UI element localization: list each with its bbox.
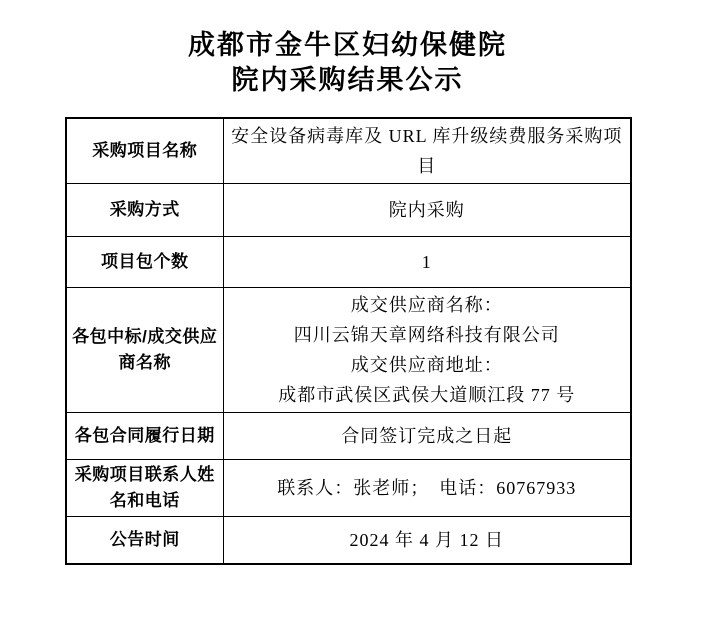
row-value-contact: 联系人：张老师； 电话：60767933 (223, 460, 631, 517)
row-label-contact: 采购项目联系人姓 名和电话 (66, 460, 223, 517)
table-row-contact: 采购项目联系人姓 名和电话 联系人：张老师； 电话：60767933 (66, 460, 631, 517)
table-row-package-count: 项目包个数 1 (66, 237, 631, 288)
table-row-procurement-method: 采购方式 院内采购 (66, 184, 631, 237)
row-value-procurement-method: 院内采购 (223, 184, 631, 237)
row-label-package-count: 项目包个数 (66, 237, 223, 288)
row-value-package-count: 1 (223, 237, 631, 288)
row-label-winning-supplier: 各包中标/成交供应 商名称 (66, 288, 223, 413)
page-title: 成都市金牛区妇幼保健院 院内采购结果公示 (65, 28, 630, 98)
row-label-announcement-date: 公告时间 (66, 517, 223, 564)
table-row-contract-date: 各包合同履行日期 合同签订完成之日起 (66, 413, 631, 460)
row-label-contract-date: 各包合同履行日期 (66, 413, 223, 460)
row-value-project-name: 安全设备病毒库及 URL 库升级续费服务采购项 目 (223, 118, 631, 184)
row-value-contract-date: 合同签订完成之日起 (223, 413, 631, 460)
announcement-page: 成都市金牛区妇幼保健院 院内采购结果公示 采购项目名称 安全设备病毒库及 URL… (0, 0, 718, 627)
row-value-announcement-date: 2024 年 4 月 12 日 (223, 517, 631, 564)
procurement-result-table: 采购项目名称 安全设备病毒库及 URL 库升级续费服务采购项 目 采购方式 院内… (65, 117, 632, 565)
row-label-procurement-method: 采购方式 (66, 184, 223, 237)
row-value-winning-supplier: 成交供应商名称： 四川云锦天章网络科技有限公司 成交供应商地址： 成都市武侯区武… (223, 288, 631, 413)
table-row-project-name: 采购项目名称 安全设备病毒库及 URL 库升级续费服务采购项 目 (66, 118, 631, 184)
table-row-announcement-date: 公告时间 2024 年 4 月 12 日 (66, 517, 631, 564)
table-row-winning-supplier: 各包中标/成交供应 商名称 成交供应商名称： 四川云锦天章网络科技有限公司 成交… (66, 288, 631, 413)
row-label-project-name: 采购项目名称 (66, 118, 223, 184)
